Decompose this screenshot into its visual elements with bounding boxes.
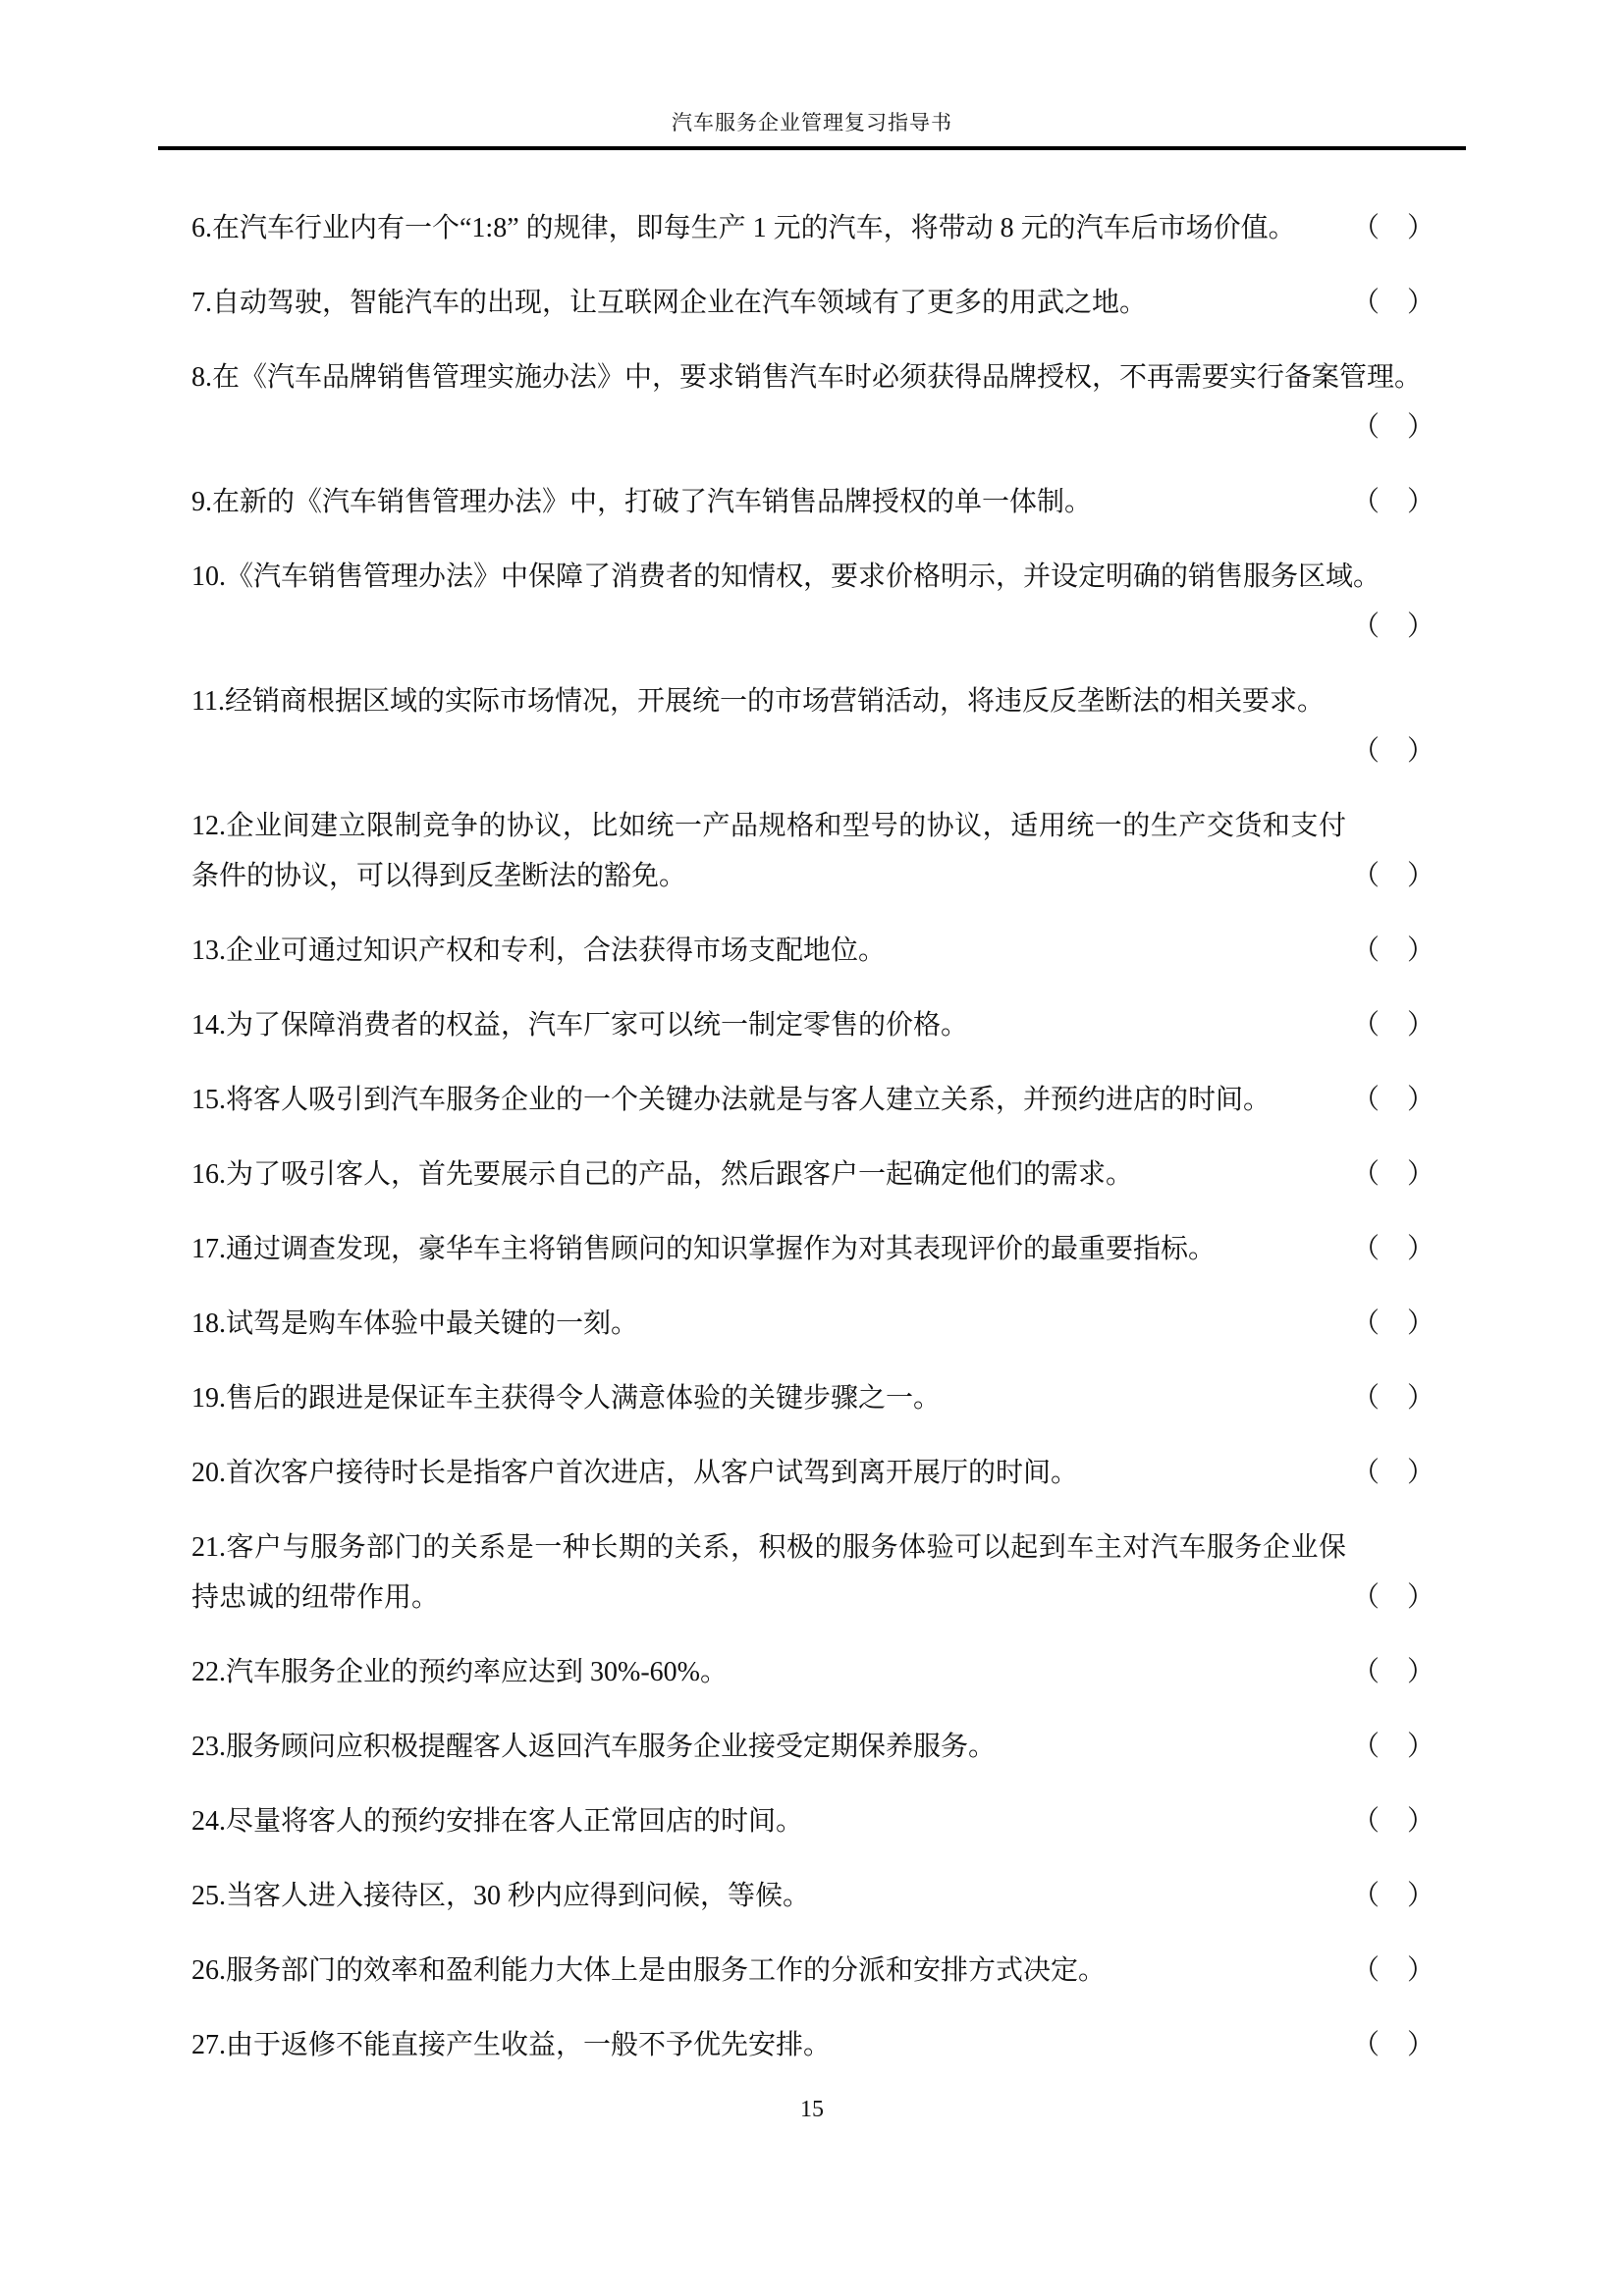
question-item: 7.自动驾驶，智能汽车的出现，让互联网企业在汽车领域有了更多的用武之地。（ ）: [191, 278, 1435, 328]
question-text: 8.在《汽车品牌销售管理实施办法》中，要求销售汽车时必须获得品牌授权，不再需要实…: [191, 362, 1422, 393]
page-header: 汽车服务企业管理复习指导书: [0, 0, 1624, 150]
question-item: 8.在《汽车品牌销售管理实施办法》中，要求销售汽车时必须获得品牌授权，不再需要实…: [191, 352, 1435, 453]
answer-blank: （ ）: [1352, 1448, 1435, 1498]
question-text: 12.企业间建立限制竞争的协议，比如统一产品规格和型号的协议，适用统一的生产交货…: [191, 801, 1352, 901]
question-text: 9.在新的《汽车销售管理办法》中，打破了汽车销售品牌授权的单一体制。: [191, 477, 1352, 527]
page-number: 15: [0, 2095, 1624, 2124]
question-text: 25.当客人进入接待区，30 秒内应得到问候，等候。: [191, 1871, 1352, 1921]
question-item: 25.当客人进入接待区，30 秒内应得到问候，等候。（ ）: [191, 1871, 1435, 1921]
question-item: 14.为了保障消费者的权益，汽车厂家可以统一制定零售的价格。（ ）: [191, 1000, 1435, 1050]
answer-blank: （ ）: [1352, 1000, 1435, 1050]
question-text: 18.试驾是购车体验中最关键的一刻。: [191, 1299, 1352, 1349]
question-text: 23.服务顾问应积极提醒客人返回汽车服务企业接受定期保养服务。: [191, 1722, 1352, 1772]
question-item: 10.《汽车销售管理办法》中保障了消费者的知情权，要求价格明示，并设定明确的销售…: [191, 552, 1435, 652]
answer-blank: （ ）: [1352, 1573, 1435, 1623]
question-item: 13.企业可通过知识产权和专利，合法获得市场支配地位。（ ）: [191, 926, 1435, 976]
answer-blank: （ ）: [1352, 278, 1435, 328]
answer-blank: （ ）: [1352, 477, 1435, 527]
question-text: 13.企业可通过知识产权和专利，合法获得市场支配地位。: [191, 926, 1352, 976]
answer-blank: （ ）: [1352, 1647, 1435, 1697]
answer-blank: （ ）: [1352, 1946, 1435, 1996]
question-text: 19.售后的跟进是保证车主获得令人满意体验的关键步骤之一。: [191, 1373, 1352, 1423]
question-text: 10.《汽车销售管理办法》中保障了消费者的知情权，要求价格明示，并设定明确的销售…: [191, 561, 1380, 592]
answer-blank: （ ）: [1352, 612, 1435, 642]
answer-blank: （ ）: [1352, 1871, 1435, 1921]
question-text: 22.汽车服务企业的预约率应达到 30%-60%。: [191, 1647, 1352, 1697]
question-item: 27.由于返修不能直接产生收益，一般不予优先安排。（ ）: [191, 2020, 1435, 2070]
question-item: 15.将客人吸引到汽车服务企业的一个关键办法就是与客人建立关系，并预约进店的时间…: [191, 1075, 1435, 1125]
document-page: 汽车服务企业管理复习指导书 6.在汽车行业内有一个“1:8” 的规律，即每生产 …: [0, 0, 1624, 2296]
question-text: 26.服务部门的效率和盈利能力大体上是由服务工作的分派和安排方式决定。: [191, 1946, 1352, 1996]
question-text: 15.将客人吸引到汽车服务企业的一个关键办法就是与客人建立关系，并预约进店的时间…: [191, 1075, 1352, 1125]
answer-blank: （ ）: [1352, 1075, 1435, 1125]
answer-blank: （ ）: [1352, 736, 1435, 767]
question-item: 11.经销商根据区域的实际市场情况，开展统一的市场营销活动，将违反反垄断法的相关…: [191, 676, 1435, 776]
answer-blank: （ ）: [1352, 1224, 1435, 1274]
answer-blank: （ ）: [1352, 851, 1435, 901]
question-text: 27.由于返修不能直接产生收益，一般不予优先安排。: [191, 2020, 1352, 2070]
answer-blank: （ ）: [1352, 412, 1435, 443]
question-item: 26.服务部门的效率和盈利能力大体上是由服务工作的分派和安排方式决定。（ ）: [191, 1946, 1435, 1996]
answer-blank: （ ）: [1352, 2020, 1435, 2070]
question-item: 18.试驾是购车体验中最关键的一刻。（ ）: [191, 1299, 1435, 1349]
question-text: 6.在汽车行业内有一个“1:8” 的规律，即每生产 1 元的汽车，将带动 8 元…: [191, 203, 1352, 253]
question-text: 20.首次客户接待时长是指客户首次进店，从客户试驾到离开展厅的时间。: [191, 1448, 1352, 1498]
question-item: 22.汽车服务企业的预约率应达到 30%-60%。（ ）: [191, 1647, 1435, 1697]
question-item: 23.服务顾问应积极提醒客人返回汽车服务企业接受定期保养服务。（ ）: [191, 1722, 1435, 1772]
answer-blank: （ ）: [1352, 926, 1435, 976]
question-item: 16.为了吸引客人，首先要展示自己的产品，然后跟客户一起确定他们的需求。（ ）: [191, 1149, 1435, 1200]
answer-blank: （ ）: [1352, 1796, 1435, 1846]
question-text: 17.通过调查发现，豪华车主将销售顾问的知识掌握作为对其表现评价的最重要指标。: [191, 1224, 1352, 1274]
answer-blank: （ ）: [1352, 1299, 1435, 1349]
question-item: 17.通过调查发现，豪华车主将销售顾问的知识掌握作为对其表现评价的最重要指标。（…: [191, 1224, 1435, 1274]
question-item: 20.首次客户接待时长是指客户首次进店，从客户试驾到离开展厅的时间。（ ）: [191, 1448, 1435, 1498]
question-text: 24.尽量将客人的预约安排在客人正常回店的时间。: [191, 1796, 1352, 1846]
question-item: 21.客户与服务部门的关系是一种长期的关系，积极的服务体验可以起到车主对汽车服务…: [191, 1522, 1435, 1623]
question-text: 14.为了保障消费者的权益，汽车厂家可以统一制定零售的价格。: [191, 1000, 1352, 1050]
question-item: 19.售后的跟进是保证车主获得令人满意体验的关键步骤之一。（ ）: [191, 1373, 1435, 1423]
question-item: 9.在新的《汽车销售管理办法》中，打破了汽车销售品牌授权的单一体制。（ ）: [191, 477, 1435, 527]
questions-list: 6.在汽车行业内有一个“1:8” 的规律，即每生产 1 元的汽车，将带动 8 元…: [191, 150, 1435, 2070]
question-text: 16.为了吸引客人，首先要展示自己的产品，然后跟客户一起确定他们的需求。: [191, 1149, 1352, 1200]
question-item: 12.企业间建立限制竞争的协议，比如统一产品规格和型号的协议，适用统一的生产交货…: [191, 801, 1435, 901]
question-text: 11.经销商根据区域的实际市场情况，开展统一的市场营销活动，将违反反垄断法的相关…: [191, 686, 1325, 717]
answer-blank: （ ）: [1352, 1149, 1435, 1200]
question-item: 24.尽量将客人的预约安排在客人正常回店的时间。（ ）: [191, 1796, 1435, 1846]
answer-blank: （ ）: [1352, 1373, 1435, 1423]
answer-blank: （ ）: [1352, 1722, 1435, 1772]
question-text: 7.自动驾驶，智能汽车的出现，让互联网企业在汽车领域有了更多的用武之地。: [191, 278, 1352, 328]
header-title: 汽车服务企业管理复习指导书: [0, 108, 1624, 137]
question-item: 6.在汽车行业内有一个“1:8” 的规律，即每生产 1 元的汽车，将带动 8 元…: [191, 203, 1435, 253]
answer-blank: （ ）: [1352, 203, 1435, 253]
question-text: 21.客户与服务部门的关系是一种长期的关系，积极的服务体验可以起到车主对汽车服务…: [191, 1522, 1352, 1623]
